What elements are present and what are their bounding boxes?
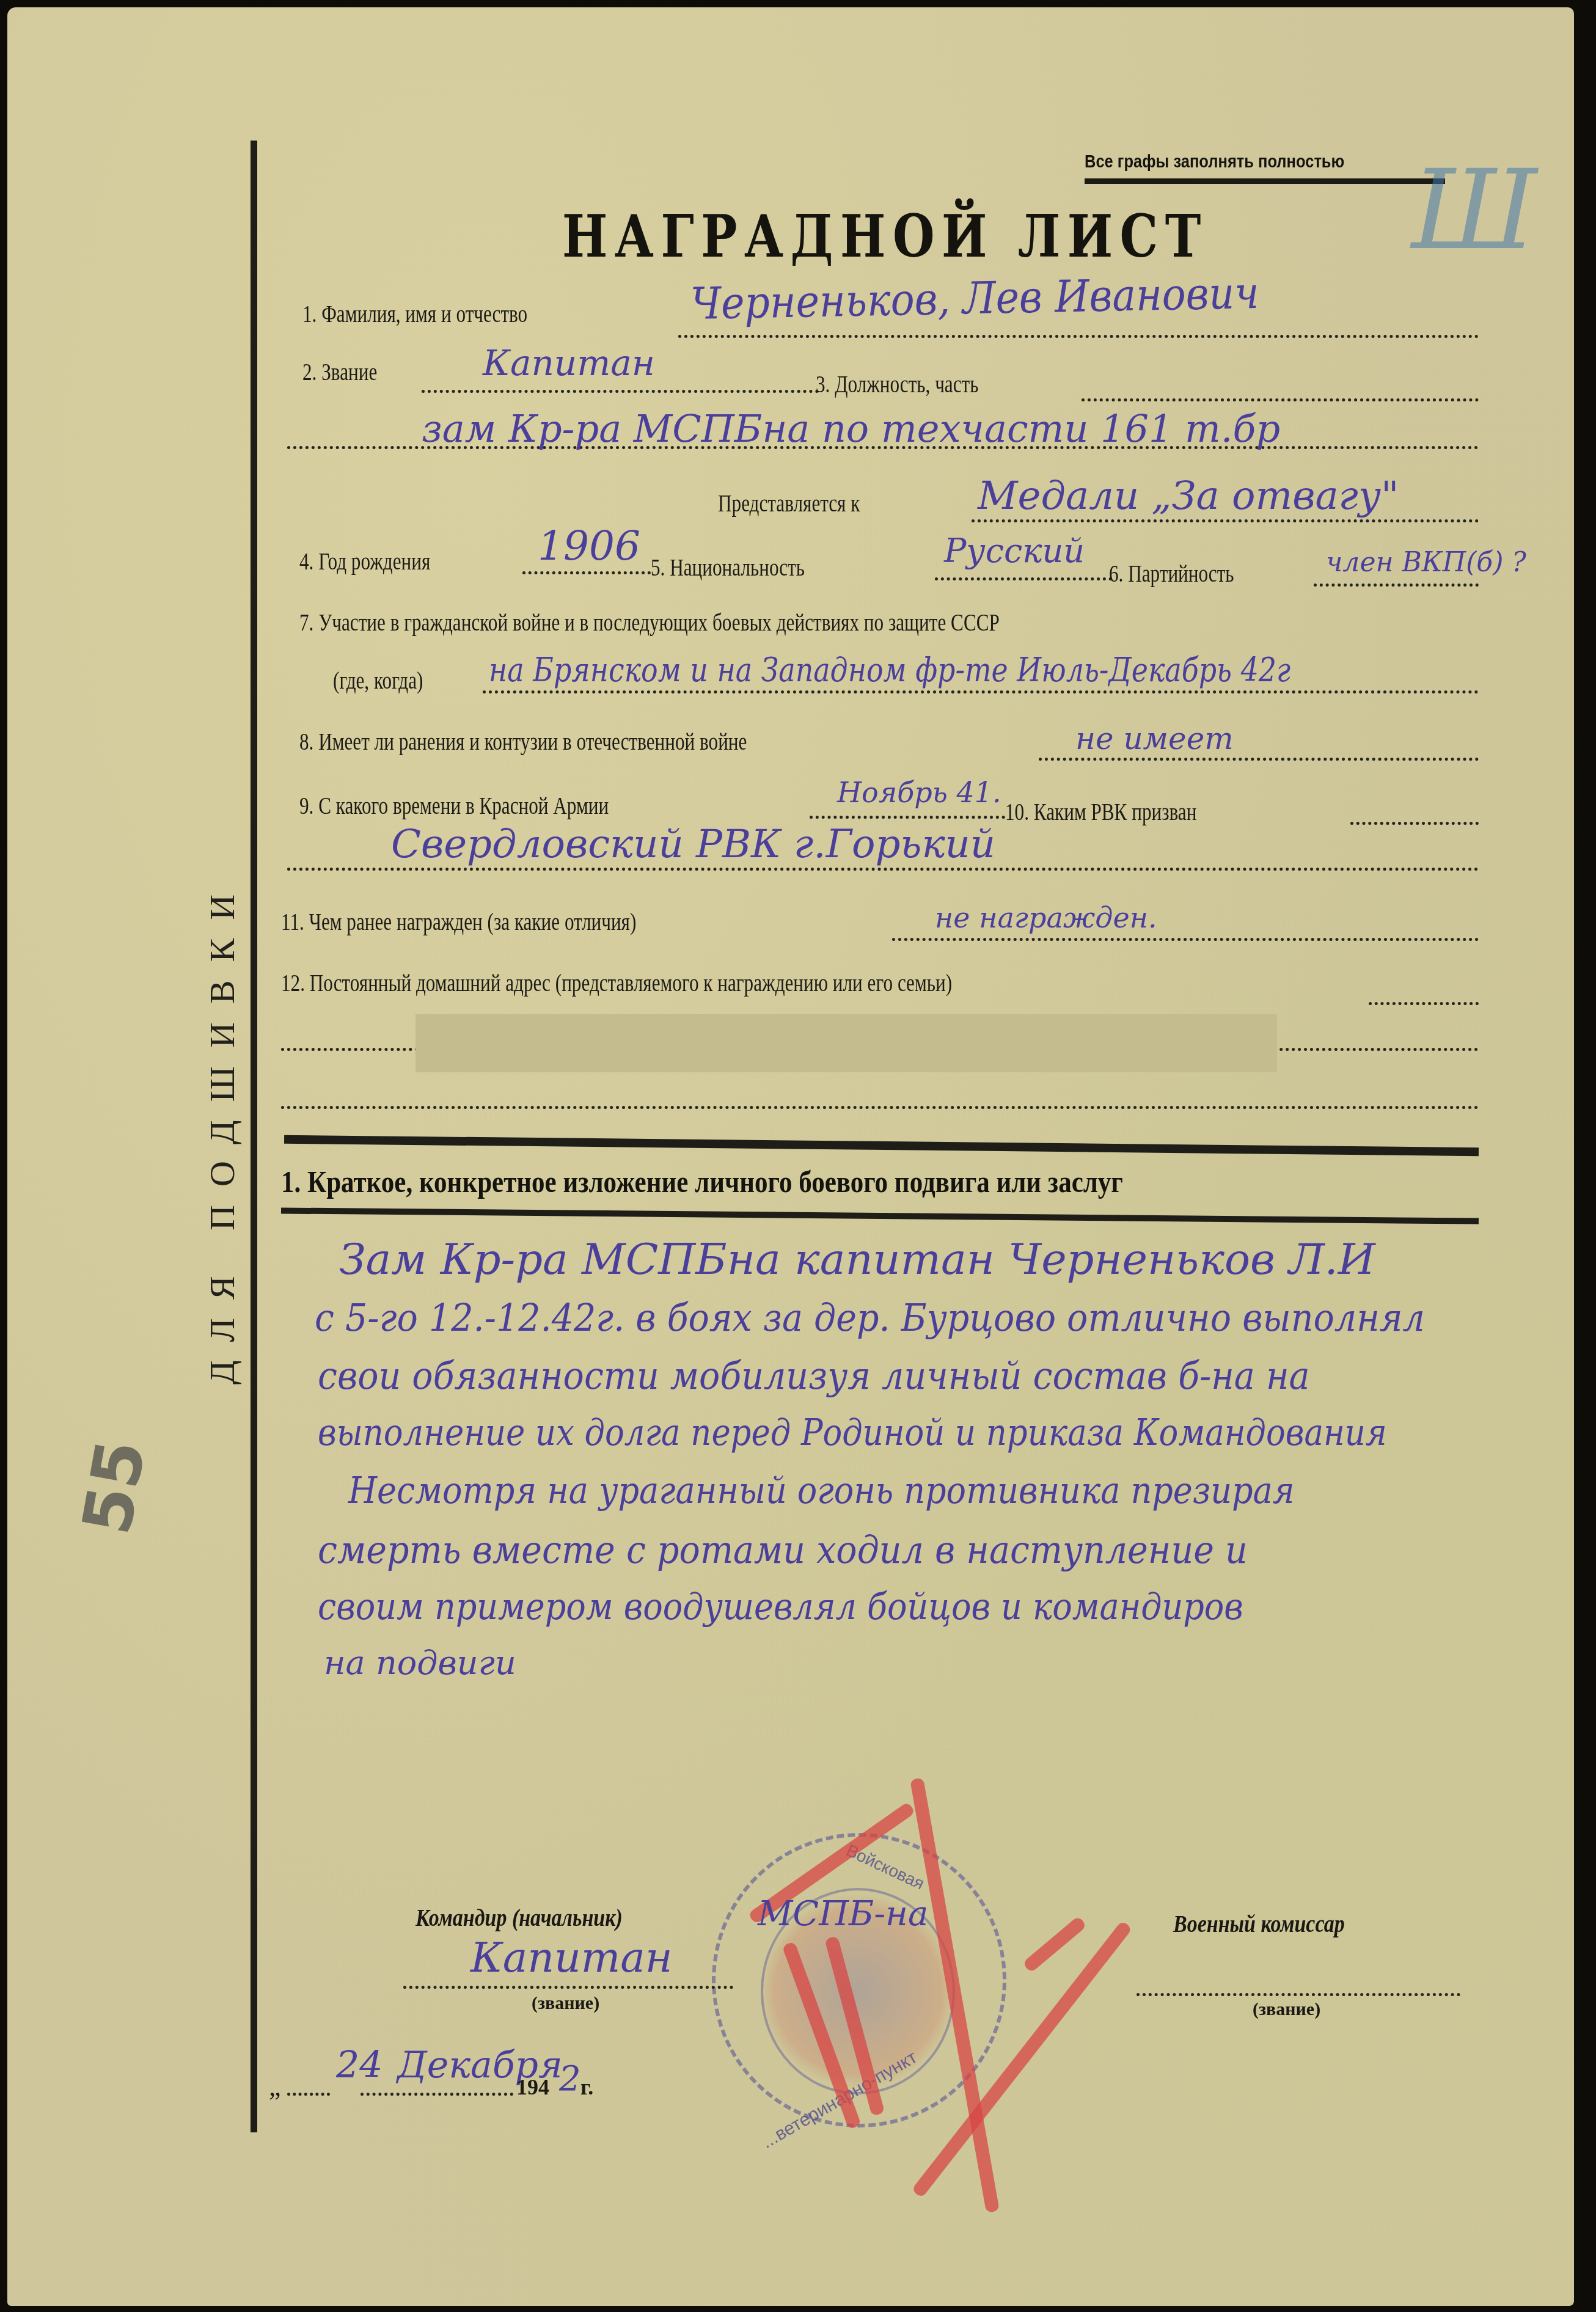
field-9-value[interactable]: Ноябрь 41. (837, 776, 1001, 809)
commissar-rank-line (1137, 1993, 1460, 1996)
feat-line-1: Зам Кр-ра МСПБна капитан Черненьков Л.И (339, 1234, 1375, 1284)
feat-line-5: Несмотря на ураганный огонь противника п… (348, 1469, 1295, 1512)
field-4-label: 4. Год рождения (299, 547, 430, 576)
date-open-quote: „ (269, 2071, 281, 2102)
field-6-line (1314, 583, 1479, 587)
commander-rank-caption: (звание) (532, 1993, 599, 2014)
commander-rank[interactable]: Капитан (470, 1934, 673, 1982)
field-8-line (1039, 758, 1479, 761)
field-8-label: 8. Имеет ли ранения и контузии в отечест… (299, 727, 747, 756)
field-7-sublabel: (где, когда) (333, 666, 423, 695)
field-5-value[interactable]: Русский (944, 532, 1085, 570)
field-2-value[interactable]: Капитан (483, 342, 655, 384)
field-6-value[interactable]: член ВКП(б) ? (1326, 547, 1526, 578)
field-1-line (678, 335, 1479, 338)
field-10-line (1350, 822, 1479, 825)
field-6-label: 6. Партийность (1109, 559, 1234, 588)
field-4-value[interactable]: 1906 (538, 522, 640, 569)
award-value[interactable]: Медали „За отвагу" (978, 474, 1399, 519)
field-12-line-3 (281, 1106, 1479, 1109)
field-11-label: 11. Чем ранее награжден (за какие отличи… (281, 907, 636, 936)
feat-line-7: своим примером воодушевлял бойцов и кома… (318, 1586, 1243, 1628)
field-7-label: 7. Участие в гражданской войне и в после… (299, 608, 1000, 637)
feat-line-6: смерть вместе с ротами ходил в наступлен… (318, 1527, 1248, 1572)
field-4-line (522, 571, 651, 574)
field-12-label: 12. Постоянный домашний адрес (представл… (281, 968, 952, 997)
field-7-line (483, 690, 1479, 693)
commander-label: Командир (начальник) (415, 1903, 623, 1932)
redacted-address (415, 1014, 1277, 1072)
award-line (972, 519, 1479, 522)
feat-line-2: с 5-го 12.-12.42г. в боях за дер. Бурцов… (315, 1295, 1425, 1340)
page-title: НАГРАДНОЙ ЛИСТ (562, 202, 1208, 271)
date-day-line (287, 2093, 330, 2096)
binding-margin-label: ДЛЯ ПОДШИВКИ (202, 855, 251, 1405)
field-10-value[interactable]: Свердловский РВК г.Горький (391, 822, 995, 867)
field-8-value[interactable]: не имеет (1075, 721, 1234, 756)
field-11-line (892, 938, 1479, 941)
field-9-label: 9. С какого времени в Красной Армии (299, 791, 609, 820)
feat-heading: 1. Краткое, конкретное изложение личного… (281, 1164, 1123, 1199)
date-year-suffix[interactable]: 2 (559, 2059, 581, 2099)
award-label: Представляется к (718, 489, 860, 518)
field-3-value[interactable]: зам Кр-ра МСПБна по техчасти 161 т.бр (422, 406, 1280, 451)
date-day[interactable]: 24 (336, 2044, 383, 2087)
feat-line-4: выполнение их долга перед Родиной и прик… (318, 1411, 1387, 1454)
feat-line-3: свои обязанности мобилизуя личный состав… (318, 1353, 1310, 1398)
field-11-value[interactable]: не награжден. (935, 901, 1157, 934)
date-suffix: г. (580, 2074, 593, 2100)
field-9-line (810, 816, 1005, 819)
field-2-label: 2. Звание (302, 357, 377, 386)
date-month-line (361, 2093, 513, 2096)
field-1-label: 1. Фамилия, имя и отчество (302, 299, 527, 328)
binding-margin-line (251, 141, 257, 2132)
commissar-label: Военный комиссар (1173, 1909, 1345, 1938)
instruction-underline (1085, 178, 1445, 184)
field-5-label: 5. Национальность (651, 553, 805, 582)
feat-line-8: на подвиги (324, 1644, 516, 1682)
margin-pencil-mark: 55 (67, 1435, 161, 1540)
field-5-line (935, 577, 1112, 580)
field-7-value[interactable]: на Брянском и на Западном фр-те Июль-Дек… (489, 651, 1290, 689)
commander-rank-line (403, 1986, 733, 1989)
date-year-prefix: 194 (516, 2074, 549, 2100)
field-2-line (422, 390, 819, 393)
blue-pencil-mark: Ш (1411, 147, 1537, 274)
field-10-line-2 (287, 868, 1479, 871)
instruction-note: Все графы заполнять полностью (1085, 152, 1344, 172)
commander-unit: МСПБ-на (758, 1894, 928, 1934)
field-3-label: 3. Должность, часть (816, 370, 978, 398)
field-10-label: 10. Каким РВК призван (1005, 797, 1196, 826)
commissar-rank-caption: (звание) (1253, 1999, 1320, 2020)
field-3-line (1082, 398, 1479, 401)
field-12-line (1369, 1002, 1479, 1005)
